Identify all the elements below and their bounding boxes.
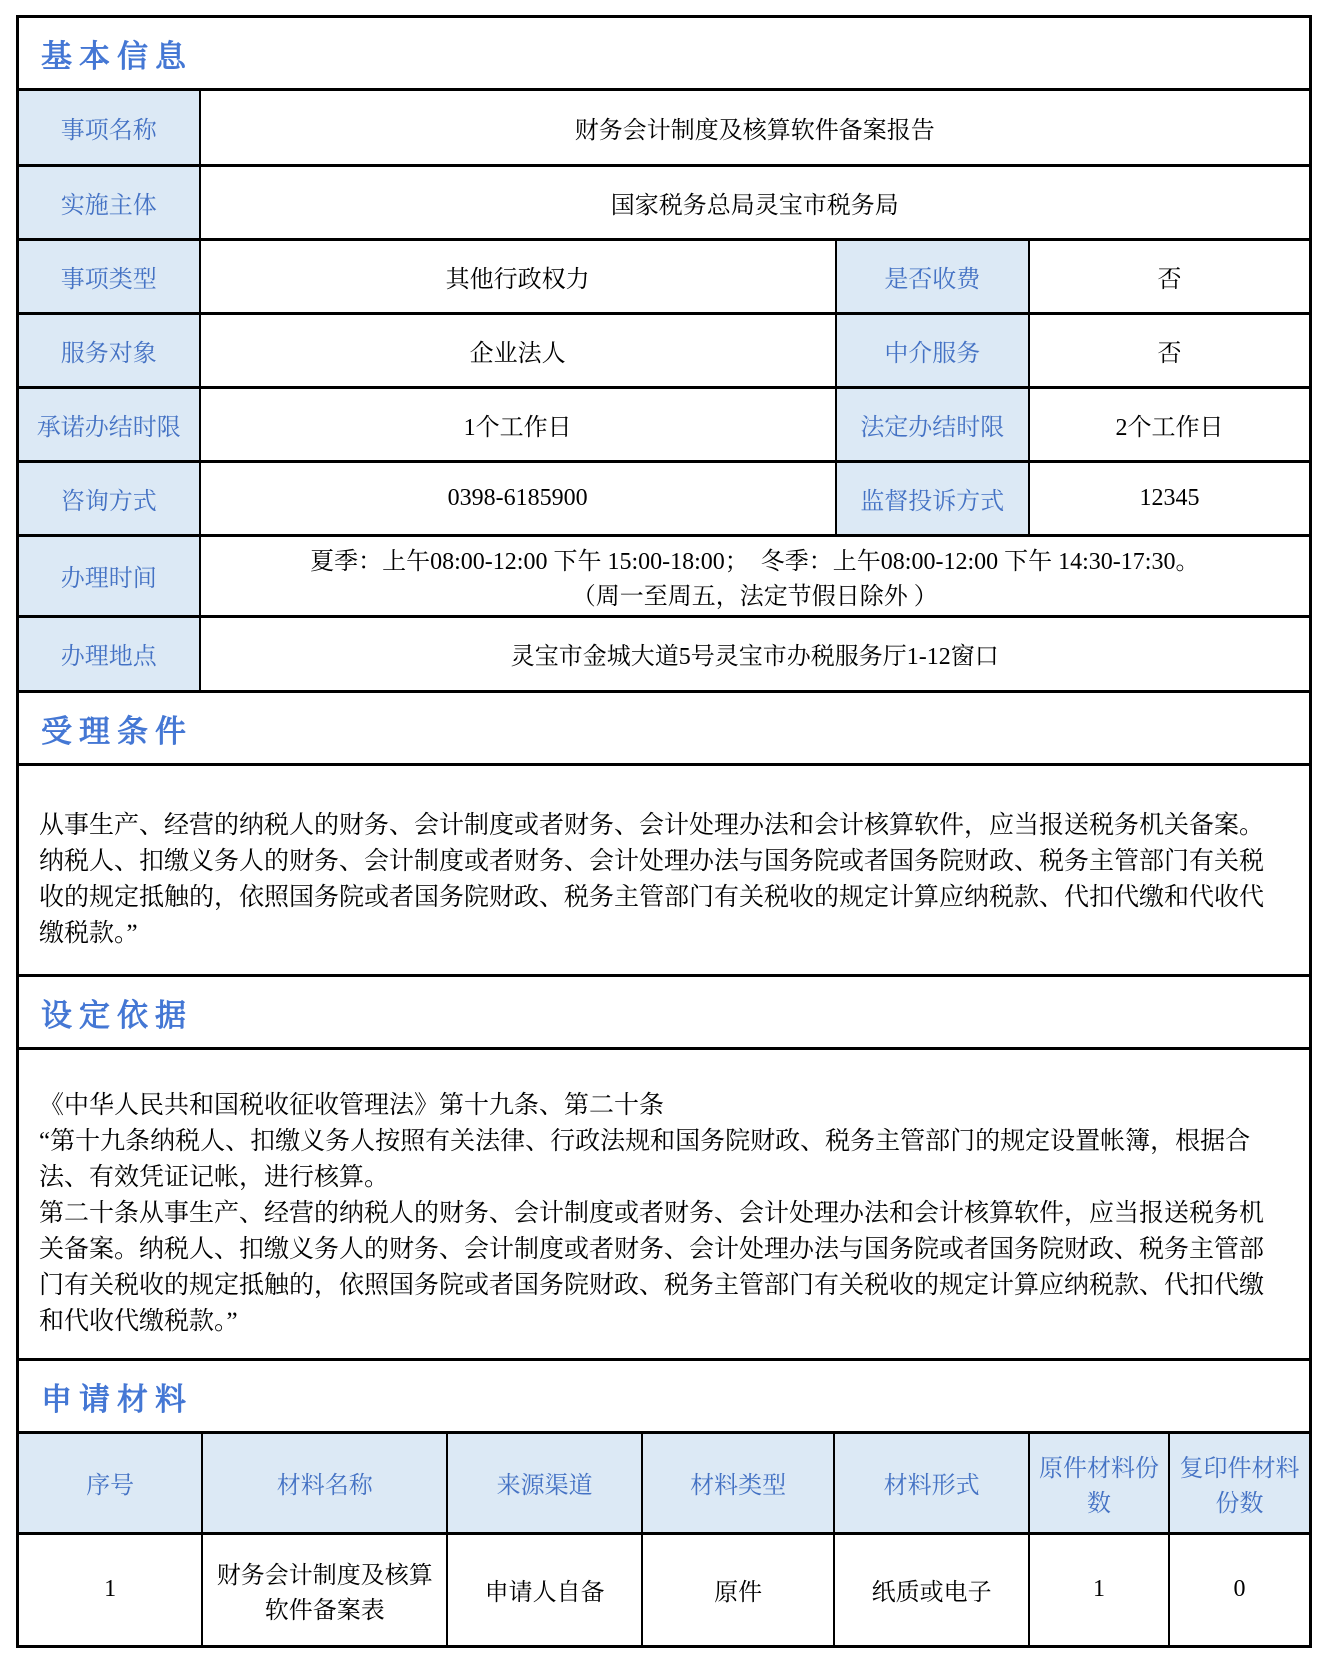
material-original-count: 1 [1029,1533,1169,1645]
field-label-intermediary: 中介服务 [836,313,1030,387]
material-type: 原件 [642,1533,834,1645]
column-header-material-form: 材料形式 [834,1434,1029,1533]
field-label-office-hours: 办理时间 [19,535,200,616]
field-value-item-name: 财务会计制度及核算软件备案报告 [200,91,1309,165]
column-header-source-channel: 来源渠道 [447,1434,642,1533]
service-item-document: 基本信息 事项名称 财务会计制度及核算软件备案报告 实施主体 国家税务总局灵宝市… [16,15,1312,1648]
field-value-charge: 否 [1029,239,1309,313]
column-header-material-type: 材料类型 [642,1434,834,1533]
table-row: 实施主体 国家税务总局灵宝市税务局 [19,165,1309,239]
table-row: 咨询方式 0398-6185900 监督投诉方式 12345 [19,461,1309,535]
field-value-consult-phone: 0398-6185900 [200,461,836,535]
field-label-complaint-phone: 监督投诉方式 [836,461,1030,535]
materials-header-row: 序号 材料名称 来源渠道 材料类型 材料形式 原件材料份数 复印件材料份数 [19,1434,1309,1533]
table-row: 承诺办结时限 1个工作日 法定办结时限 2个工作日 [19,387,1309,461]
field-label-service-object: 服务对象 [19,313,200,387]
field-label-office-location: 办理地点 [19,616,200,690]
field-label-item-type: 事项类型 [19,239,200,313]
field-label-item-name: 事项名称 [19,91,200,165]
field-value-promised-deadline: 1个工作日 [200,387,836,461]
field-label-legal-deadline: 法定办结时限 [836,387,1030,461]
section-band-acceptance-conditions: 受理条件 [19,690,1309,766]
table-row: 办理地点 灵宝市金城大道5号灵宝市办税服务厅1-12窗口 [19,616,1309,690]
section-title-basic-info: 基本信息 [41,31,193,76]
field-value-legal-deadline: 2个工作日 [1029,387,1309,461]
field-label-implementing-body: 实施主体 [19,165,200,239]
field-value-complaint-phone: 12345 [1029,461,1309,535]
column-header-serial-no: 序号 [19,1434,202,1533]
section-band-application-materials: 申请材料 [19,1358,1309,1434]
field-value-item-type: 其他行政权力 [200,239,836,313]
field-value-office-location: 灵宝市金城大道5号灵宝市办税服务厅1-12窗口 [200,616,1309,690]
field-value-service-object: 企业法人 [200,313,836,387]
field-value-implementing-body: 国家税务总局灵宝市税务局 [200,165,1309,239]
material-photocopy-count: 0 [1169,1533,1309,1645]
section-title-acceptance-conditions: 受理条件 [41,706,193,751]
material-name: 财务会计制度及核算软件备案表 [202,1533,447,1645]
material-serial-no: 1 [19,1533,202,1645]
material-source-channel: 申请人自备 [447,1533,642,1645]
basic-info-table: 事项名称 财务会计制度及核算软件备案报告 实施主体 国家税务总局灵宝市税务局 事… [19,91,1309,690]
acceptance-conditions-text: 从事生产、经营的纳税人的财务、会计制度或者财务、会计处理办法和会计核算软件，应当… [19,766,1309,974]
field-label-consult-phone: 咨询方式 [19,461,200,535]
table-row: 服务对象 企业法人 中介服务 否 [19,313,1309,387]
field-label-promised-deadline: 承诺办结时限 [19,387,200,461]
column-header-photocopy-copies: 复印件材料份数 [1169,1434,1309,1533]
column-header-material-name: 材料名称 [202,1434,447,1533]
material-form: 纸质或电子 [834,1533,1029,1645]
application-materials-table: 序号 材料名称 来源渠道 材料类型 材料形式 原件材料份数 复印件材料份数 1 … [19,1434,1309,1645]
field-value-office-hours: 夏季：上午08:00-12:00 下午 15:00-18:00； 冬季：上午08… [200,535,1309,616]
table-row: 事项类型 其他行政权力 是否收费 否 [19,239,1309,313]
table-row: 办理时间 夏季：上午08:00-12:00 下午 15:00-18:00； 冬季… [19,535,1309,616]
materials-data-row: 1 财务会计制度及核算软件备案表 申请人自备 原件 纸质或电子 1 0 [19,1533,1309,1645]
field-label-charge: 是否收费 [836,239,1030,313]
column-header-original-copies: 原件材料份数 [1029,1434,1169,1533]
section-title-legal-basis: 设定依据 [41,990,193,1035]
section-band-basic-info: 基本信息 [19,18,1309,91]
legal-basis-text: 《中华人民共和国税收征收管理法》第十九条、第二十条 “第十九条纳税人、扣缴义务人… [19,1050,1309,1358]
field-value-intermediary: 否 [1029,313,1309,387]
table-row: 事项名称 财务会计制度及核算软件备案报告 [19,91,1309,165]
section-band-legal-basis: 设定依据 [19,974,1309,1050]
section-title-application-materials: 申请材料 [41,1374,193,1419]
